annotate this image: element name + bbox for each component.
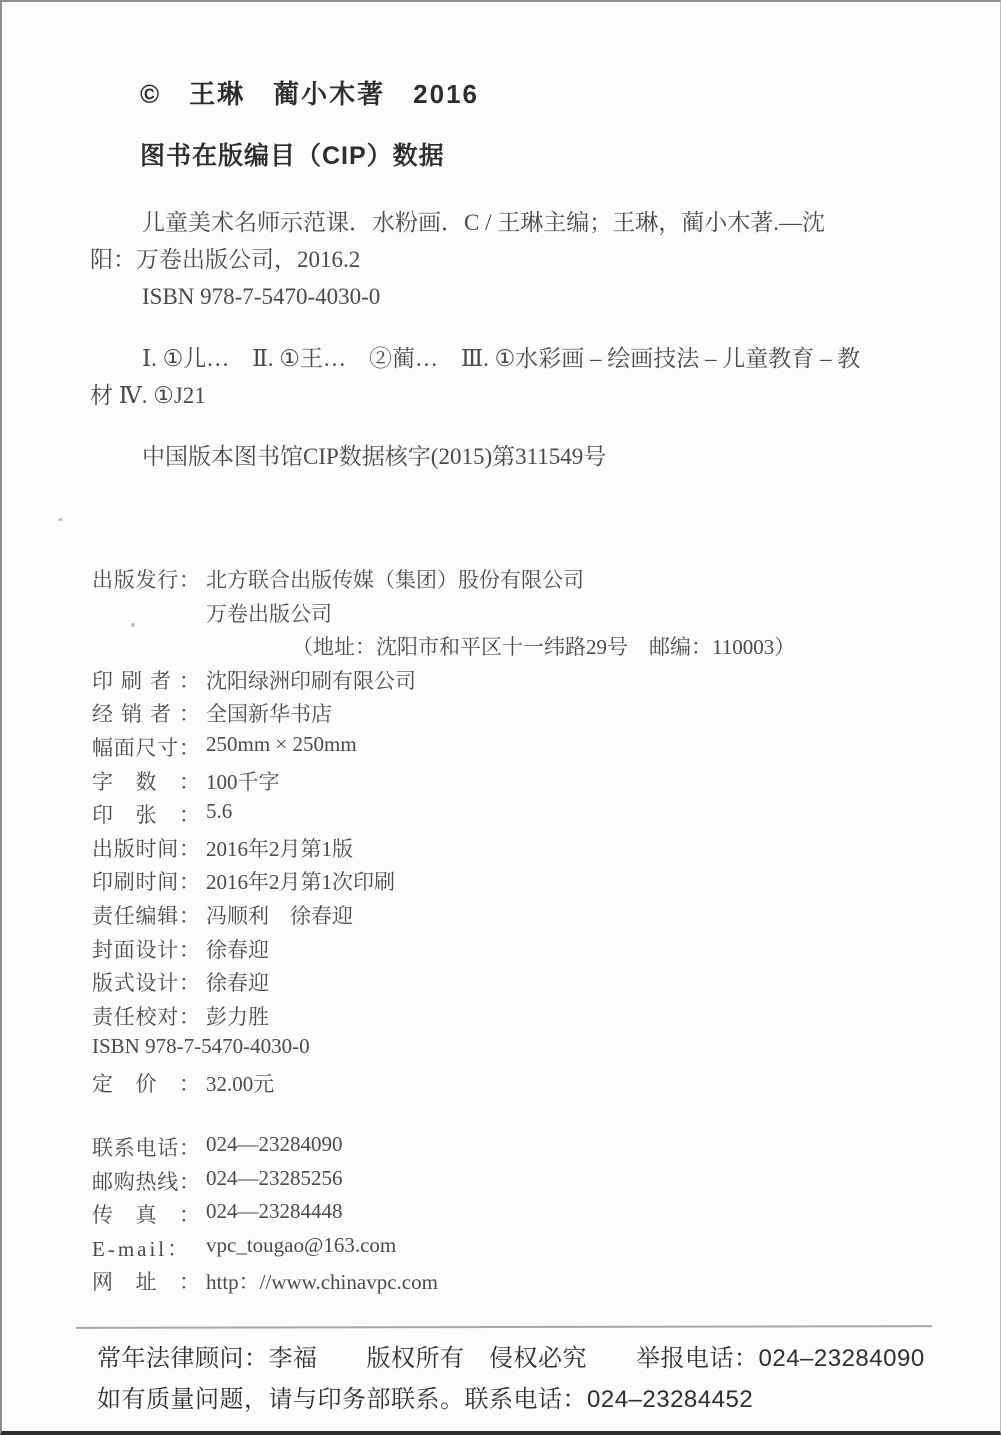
info-row-label: 定价： [92, 1068, 200, 1098]
info-row-label: 经销者： [92, 698, 200, 728]
info-row-label: 印刷时间： [92, 866, 200, 896]
info-row-value: 5.6 [200, 799, 232, 824]
info-row: 责任校对： 彭力胜 [92, 1001, 952, 1035]
cip-record: 儿童美术名师示范课．水粉画．C / 王琳主编；王琳，蔺小木著.—沈 阳：万卷出版… [90, 204, 940, 315]
classification-line: Ⅰ. ①儿… Ⅱ. ①王… ②蔺… Ⅲ. ①水彩画 – 绘画技法 – 儿童教育 … [142, 340, 940, 377]
info-row: 网址： http：//www.chinavpc.com [92, 1266, 952, 1300]
info-row: 邮购热线： 024—23285256 [92, 1166, 952, 1200]
publication-info-block: 出版发行： 北方联合出版传媒（集团）股份有限公司 万卷出版公司 （地址：沈阳市和… [92, 564, 952, 1102]
info-row-value: 徐春迎 [200, 934, 269, 964]
info-row: E-mail： vpc_tougao@163.com [92, 1233, 952, 1267]
info-row-value: http：//www.chinavpc.com [200, 1266, 438, 1296]
info-row: 印张： 5.6 [92, 799, 952, 833]
info-row-label: 传真： [92, 1199, 200, 1229]
info-row: 印刷者： 沈阳绿洲印刷有限公司 [92, 665, 952, 699]
info-row-label: 幅面尺寸： [92, 732, 200, 762]
info-row: 封面设计： 徐春迎 [92, 934, 952, 968]
info-row: 版式设计： 徐春迎 [92, 967, 952, 1001]
info-row-value: vpc_tougao@163.com [200, 1233, 396, 1258]
cip-record-line: 阳：万卷出版公司，2016.2 [90, 241, 940, 278]
info-row: 经销者： 全国新华书店 [92, 698, 952, 732]
copyright-line: © 王琳 蔺小木著 2016 [140, 74, 479, 111]
info-row-value: 024—23284090 [200, 1132, 343, 1157]
legal-notice-line: 常年法律顾问：李福 版权所有 侵权必究 举报电话：024–23284090 [97, 1338, 925, 1373]
copyright-page: © 王琳 蔺小木著 2016 图书在版编目（CIP）数据 儿童美术名师示范课．水… [0, 0, 1001, 1435]
info-row: 定价： 32.00元 [92, 1068, 952, 1102]
info-row-label: 版式设计： [92, 967, 200, 997]
info-row: 联系电话： 024—23284090 [92, 1132, 952, 1166]
contact-info-block: 联系电话： 024—23284090 邮购热线： 024—23285256 传真… [92, 1132, 952, 1300]
info-row-value: 彭力胜 [200, 1001, 269, 1031]
cip-registration-number: 中国版本图书馆CIP数据核字(2015)第311549号 [142, 438, 606, 471]
info-row-value: （地址：沈阳市和平区十一纬路29号 邮编：110003） [200, 631, 795, 661]
cip-record-line: 儿童美术名师示范课．水粉画．C / 王琳主编；王琳，蔺小木著.—沈 [142, 204, 940, 241]
info-row-label: E-mail： [92, 1233, 200, 1263]
footer-divider-line [76, 1325, 932, 1329]
info-row-value: 北方联合出版传媒（集团）股份有限公司 [200, 564, 584, 594]
info-row-value: 全国新华书店 [200, 698, 332, 728]
info-row: 幅面尺寸： 250mm × 250mm [92, 732, 952, 766]
info-row-label: 封面设计： [92, 934, 200, 964]
info-row-value: 250mm × 250mm [200, 732, 357, 757]
info-row: 责任编辑： 冯顺利 徐春迎 [92, 900, 952, 934]
info-row-value: 徐春迎 [200, 967, 269, 997]
scan-artifact [58, 518, 63, 521]
info-row-value: 32.00元 [200, 1068, 274, 1098]
info-row: 传真： 024—23284448 [92, 1199, 952, 1233]
info-row-value: 2016年2月第1版 [200, 833, 353, 863]
info-row-label: 字数： [92, 766, 200, 796]
info-row: 出版发行： 北方联合出版传媒（集团）股份有限公司 [92, 564, 952, 598]
info-row: ISBN 978-7-5470-4030-0 [92, 1034, 952, 1068]
info-row: （地址：沈阳市和平区十一纬路29号 邮编：110003） [92, 631, 952, 665]
info-row-label: 印张： [92, 799, 200, 829]
info-row-label: 出版发行： [92, 564, 200, 594]
cip-classification: Ⅰ. ①儿… Ⅱ. ①王… ②蔺… Ⅲ. ①水彩画 – 绘画技法 – 儿童教育 … [90, 340, 940, 414]
info-row-label: 出版时间： [92, 833, 200, 863]
info-row-value: 100千字 [200, 766, 280, 796]
info-row-value: ISBN 978-7-5470-4030-0 [92, 1034, 310, 1059]
cip-heading: 图书在版编目（CIP）数据 [140, 136, 445, 172]
info-row-label: 邮购热线： [92, 1166, 200, 1196]
info-row-value: 冯顺利 徐春迎 [200, 900, 353, 930]
info-row-value: 024—23284448 [200, 1199, 343, 1224]
cip-record-isbn: ISBN 978-7-5470-4030-0 [142, 278, 940, 315]
info-row-label: 印刷者： [92, 665, 200, 695]
info-row-value: 2016年2月第1次印刷 [200, 866, 395, 896]
info-row-value: 沈阳绿洲印刷有限公司 [200, 665, 416, 695]
info-row-label: 网址： [92, 1266, 200, 1296]
info-row: 出版时间： 2016年2月第1版 [92, 833, 952, 867]
info-row: 印刷时间： 2016年2月第1次印刷 [92, 866, 952, 900]
info-row-value: 024—23285256 [200, 1166, 343, 1191]
info-row-label: 责任校对： [92, 1001, 200, 1031]
info-row: 字数： 100千字 [92, 766, 952, 800]
info-row-label: 联系电话： [92, 1132, 200, 1162]
info-row-label: 责任编辑： [92, 900, 200, 930]
info-row: 万卷出版公司 [92, 598, 952, 632]
classification-line: 材 Ⅳ. ①J21 [90, 377, 940, 414]
info-row-value: 万卷出版公司 [92, 598, 332, 628]
scan-artifact [131, 623, 135, 627]
quality-notice-line: 如有质量问题，请与印务部联系。联系电话：024–23284452 [97, 1379, 753, 1414]
